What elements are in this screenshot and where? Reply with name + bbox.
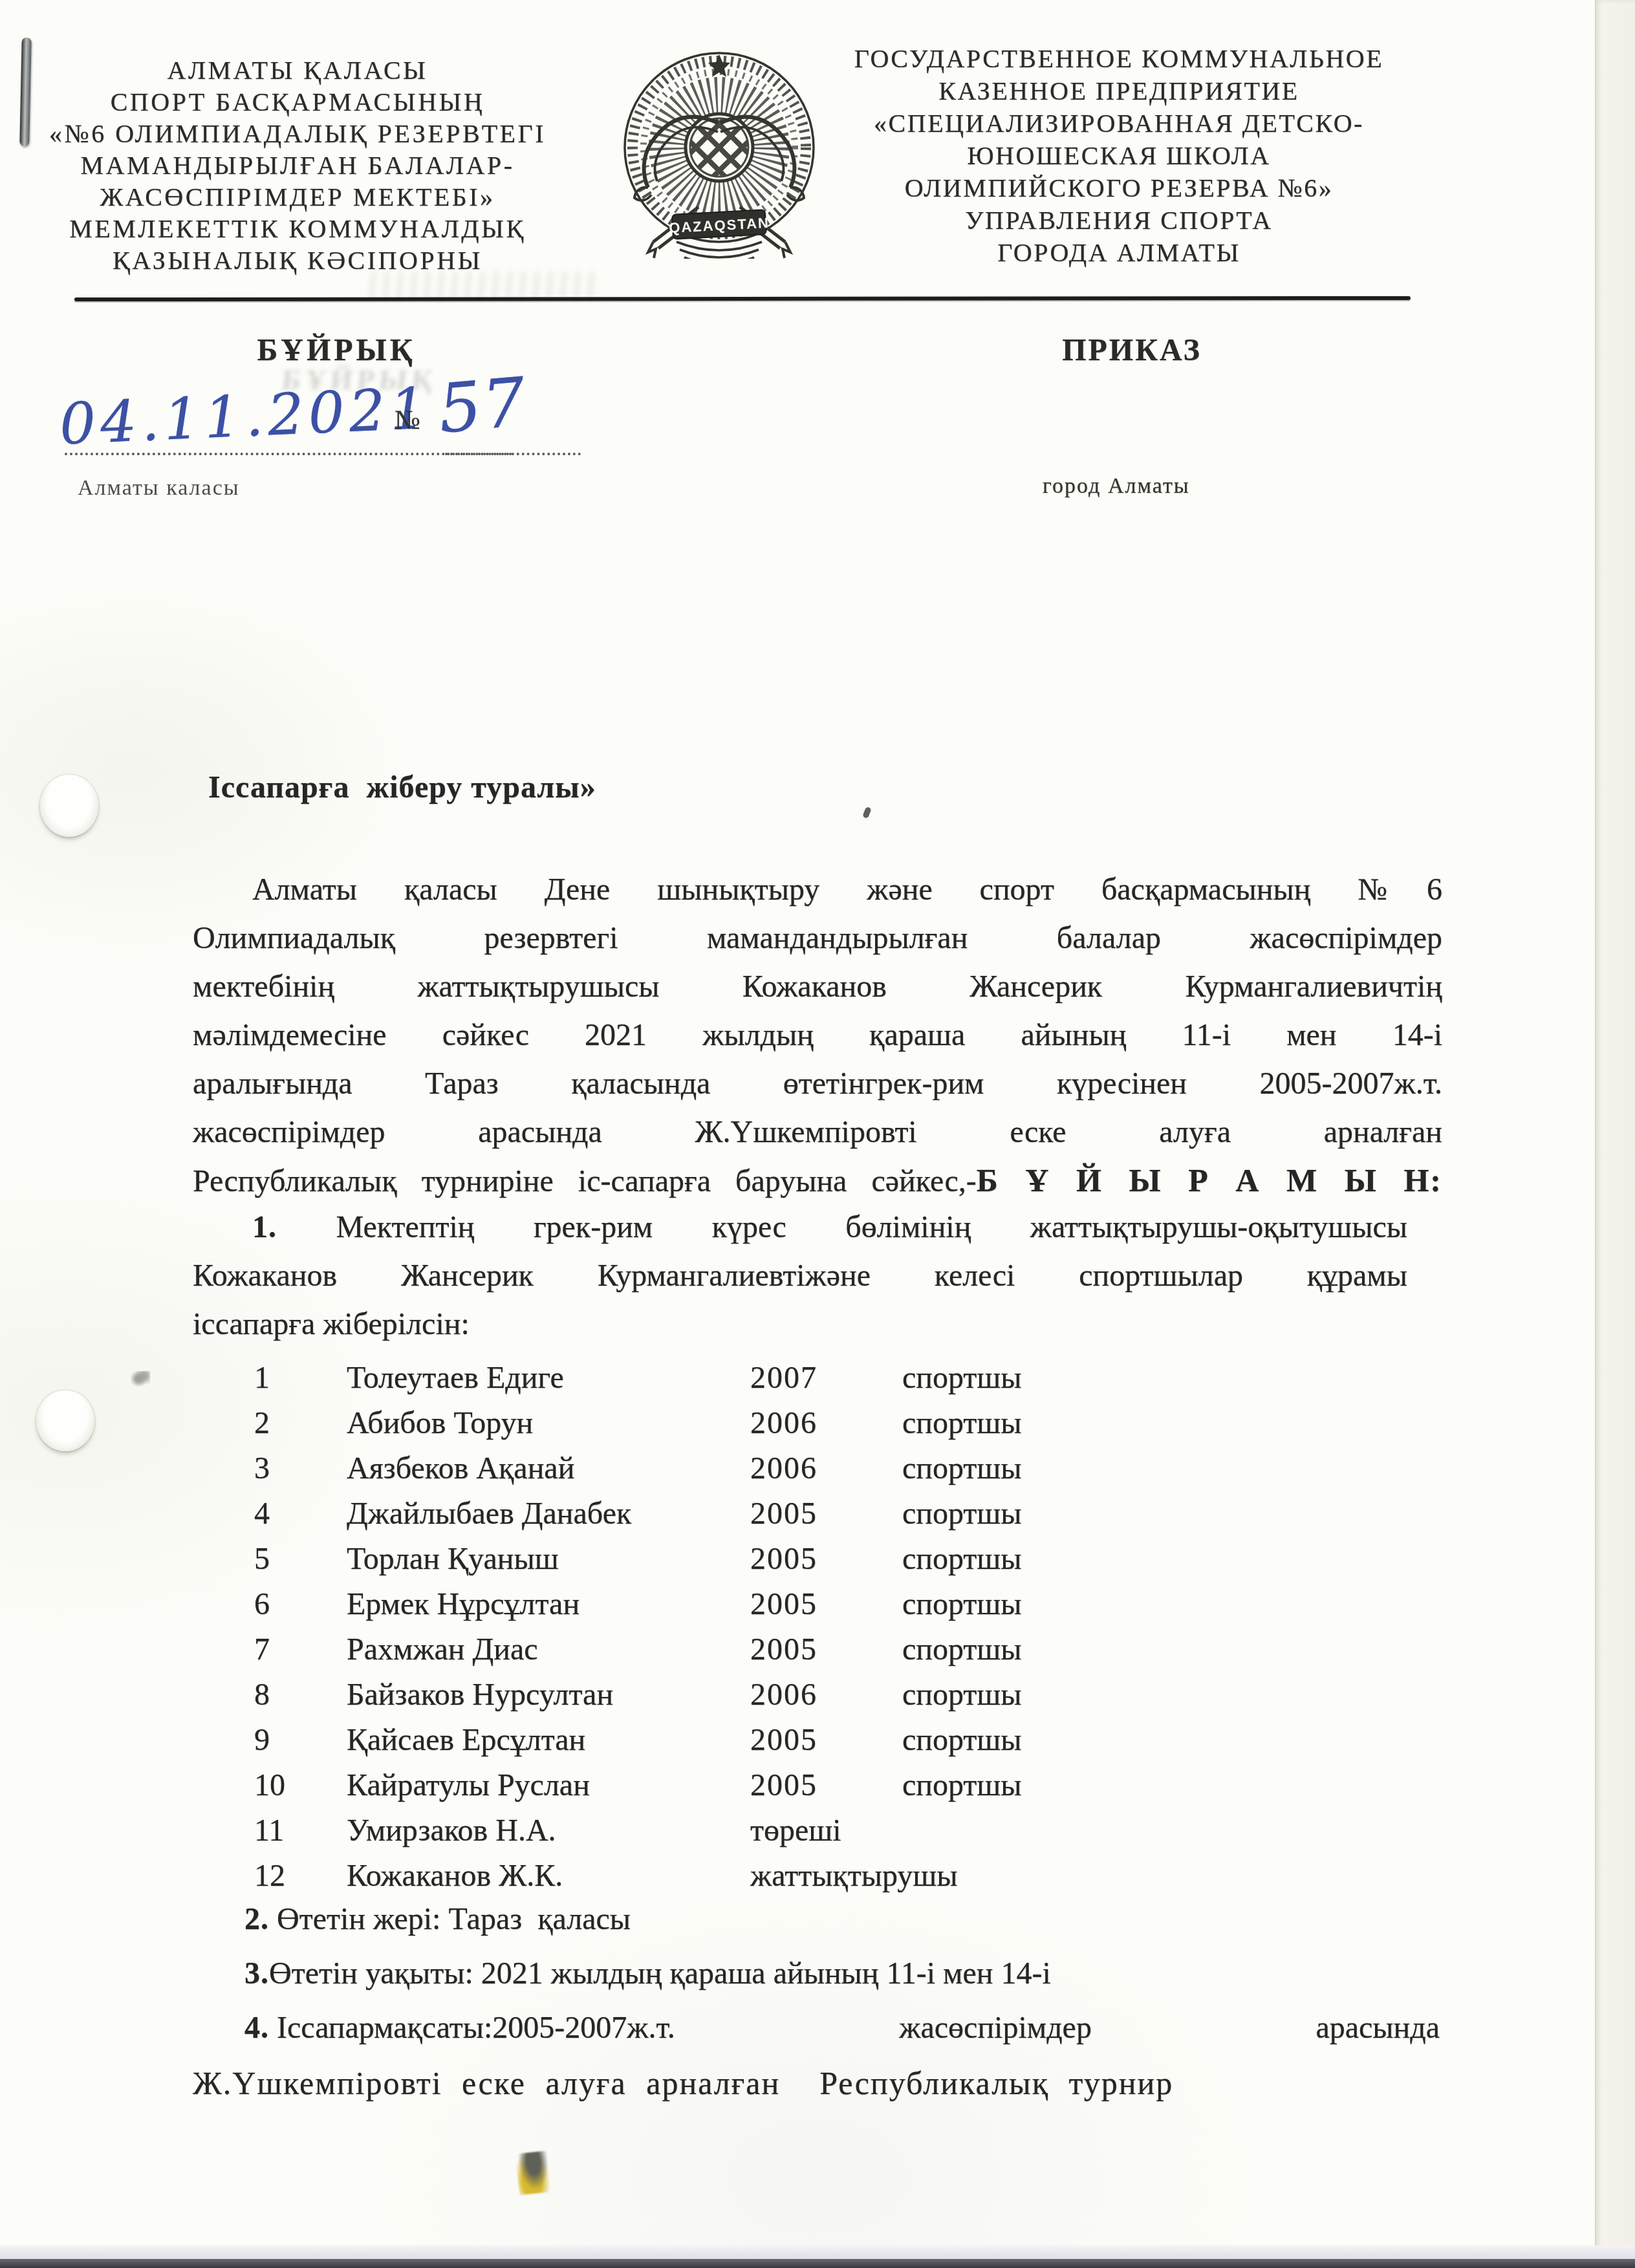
order-item-1: 1. Мектептің грек-рим күрес бөлімінің жа… [193, 1203, 1407, 1348]
roster-number: 2 [254, 1401, 270, 1446]
roster-row: 9Қайсаев Ерсұлтан2005спортшы [249, 1718, 1219, 1763]
scan-bottom-edge [0, 2259, 1635, 2268]
place-kazakh: Алматы каласы [78, 476, 240, 501]
letterhead-line: «№6 ОЛИМПИАДАЛЫҚ РЕЗЕРВТЕГІ [38, 118, 558, 149]
item3-text: Өтетін уақыты: 2021 жылдың қараша айының… [269, 1956, 1051, 1991]
order-body-paragraph: Алматы қаласы Дене шынықтыру және спорт … [193, 865, 1442, 1205]
letterhead-line: ҚАЗЫНАЛЫҚ КӘСІПОРНЫ [38, 244, 558, 276]
scanned-document-page: АЛМАТЫ ҚАЛАСЫ СПОРТ БАСҚАРМАСЫНЫҢ «№6 ОЛ… [0, 0, 1635, 2268]
roster-role: жаттықтырушы [750, 1853, 958, 1899]
roster-number: 9 [254, 1718, 270, 1763]
ink-dot [862, 806, 872, 819]
item4-number: 4. [244, 2011, 269, 2045]
roster-role: спортшы [902, 1537, 1022, 1582]
number-underline [445, 453, 581, 455]
hole-punch-top [40, 775, 98, 837]
roster-name: Ермек Нұрсұлтан [347, 1582, 579, 1627]
roster-row: 8Байзаков Нурсултан2006спортшы [249, 1672, 1219, 1718]
item4-text: Іссапармақсаты:2005-2007ж.т. [269, 2011, 675, 2045]
roster-number: 5 [254, 1537, 270, 1582]
kazakhstan-emblem-icon: QAZAQSTAN [614, 36, 824, 259]
roster-role: спортшы [902, 1355, 1022, 1401]
roster-name: Абибов Торун [347, 1401, 533, 1446]
item2-number: 2. [244, 1902, 269, 1936]
roster-role: спортшы [902, 1763, 1022, 1808]
item4-word: арасында [1316, 2010, 1440, 2046]
roster-role: спортшы [902, 1582, 1022, 1627]
item4-word: жасөспірімдер [899, 2010, 1092, 2046]
roster-role: спортшы [902, 1672, 1022, 1718]
roster-row: 2Абибов Торун2006спортшы [249, 1401, 1219, 1446]
roster-number: 12 [254, 1853, 285, 1899]
letterhead-line: ОЛИМПИЙСКОГО РЕЗЕРВА №6» [794, 172, 1444, 204]
roster-number: 10 [254, 1763, 285, 1808]
roster-number: 6 [254, 1582, 270, 1627]
roster-row: 11Умирзаков Н.А.төреші [249, 1808, 1219, 1853]
roster-row: 6Ермек Нұрсұлтан2005спортшы [249, 1582, 1219, 1627]
roster-year: 2005 [750, 1582, 817, 1627]
letterhead-russian: ГОСУДАРСТВЕННОЕ КОММУНАЛЬНОЕ КАЗЕННОЕ ПР… [794, 43, 1444, 269]
roster-name: Аязбеков Ақанай [347, 1446, 574, 1491]
roster-year: 2006 [750, 1401, 817, 1446]
roster-row: 1Толеутаев Едиге2007спортшы [249, 1355, 1219, 1401]
letterhead-line: АЛМАТЫ ҚАЛАСЫ [38, 54, 558, 86]
item1-line: 1. Мектептің грек-рим күрес бөлімінің жа… [193, 1203, 1407, 1251]
item1-text: Мектептің грек-рим күрес бөлімінің жатты… [336, 1210, 1407, 1244]
athlete-roster: 1Толеутаев Едиге2007спортшы 2Абибов Тору… [249, 1355, 1219, 1899]
item2-text: Өтетін жері: Тараз қаласы [269, 1902, 631, 1936]
roster-year: 2007 [750, 1355, 817, 1401]
order-item-4-continuation: Ж.Үшкемпіровті еске алуға арналған Респу… [193, 2064, 1173, 2102]
item1-line: Кожаканов Жансерик Курмангалиевтіжәне ке… [193, 1251, 1407, 1300]
roster-number: 8 [254, 1672, 270, 1718]
order-title-russian: ПРИКАЗ [1028, 332, 1235, 368]
roster-role: спортшы [902, 1627, 1022, 1672]
decree-word: Б Ұ Й Ы Р А М Ы Н: [977, 1162, 1442, 1198]
order-item-4: 4. Іссапармақсаты:2005-2007ж.т. жасөспір… [244, 2010, 1440, 2046]
order-item-3: 3.Өтетін уақыты: 2021 жылдың қараша айын… [244, 1956, 1051, 1991]
roster-row: 4Джайлыбаев Данабек2005спортшы [249, 1491, 1219, 1537]
letterhead-line: «СПЕЦИАЛИЗИРОВАННАЯ ДЕТСКО- [794, 107, 1444, 140]
hole-punch-bottom [36, 1390, 94, 1451]
roster-role: спортшы [902, 1718, 1022, 1763]
letterhead-line: УПРАВЛЕНИЯ СПОРТА [794, 204, 1444, 237]
roster-name: Рахмжан Диас [347, 1627, 538, 1672]
handwritten-date: 04.11.2021 [58, 375, 432, 458]
roster-name: Джайлыбаев Данабек [347, 1491, 631, 1537]
roster-year: 2005 [750, 1491, 817, 1537]
handwritten-order-number: 57 [435, 362, 530, 448]
place-russian: город Алматы [1043, 474, 1190, 499]
roster-year: 2005 [750, 1763, 817, 1808]
scan-right-edge [1595, 0, 1635, 2268]
roster-row: 5Торлан Қуаныш2005спортшы [249, 1537, 1219, 1582]
ink-speck [131, 1371, 150, 1387]
letterhead-line: МЕМЛЕКЕТТІК КОММУНАЛДЫҚ [38, 213, 558, 244]
roster-name: Кожаканов Ж.К. [347, 1853, 563, 1899]
body-line: Алматы қаласы Дене шынықтыру және спорт … [193, 865, 1442, 914]
body-line: жасөспірімдер арасында Ж.Үшкемпіровті ес… [193, 1108, 1442, 1156]
roster-row: 7Рахмжан Диас2005спортшы [249, 1627, 1219, 1672]
roster-name: Торлан Қуаныш [347, 1537, 559, 1582]
yellow-smudge [515, 2151, 550, 2196]
roster-year: 2005 [750, 1627, 817, 1672]
roster-row: 10Кайратулы Руслан2005спортшы [249, 1763, 1219, 1808]
body-line: мәлімдемесіне сәйкес 2021 жылдың қараша … [193, 1011, 1442, 1059]
roster-year: 2005 [750, 1718, 817, 1763]
roster-number: 4 [254, 1491, 270, 1537]
number-sign: № [395, 405, 420, 436]
letterhead-line: СПОРТ БАСҚАРМАСЫНЫҢ [38, 86, 558, 118]
item4-purpose: 4. Іссапармақсаты:2005-2007ж.т. [244, 2010, 675, 2046]
order-item-2: 2. Өтетін жері: Тараз қаласы [244, 1901, 631, 1937]
roster-role: спортшы [902, 1446, 1022, 1491]
item1-number: 1. [252, 1210, 277, 1244]
roster-role: төреші [750, 1808, 841, 1853]
decree-lead: Республикалық турниріне іс-сапарға баруы… [193, 1164, 977, 1198]
roster-name: Кайратулы Руслан [347, 1763, 590, 1808]
letterhead-kazakh: АЛМАТЫ ҚАЛАСЫ СПОРТ БАСҚАРМАСЫНЫҢ «№6 ОЛ… [38, 54, 558, 276]
roster-number: 11 [254, 1808, 284, 1853]
body-line-decree: Республикалық турниріне іс-сапарға баруы… [193, 1156, 1442, 1205]
roster-row: 3Аязбеков Ақанай2006спортшы [249, 1446, 1219, 1491]
roster-name: Байзаков Нурсултан [347, 1672, 613, 1718]
roster-number: 3 [254, 1446, 270, 1491]
roster-number: 7 [254, 1627, 270, 1672]
header-divider [74, 296, 1411, 301]
roster-name: Толеутаев Едиге [347, 1355, 564, 1401]
body-line: аралығында Тараз қаласында өтетінгрек-ри… [193, 1059, 1442, 1108]
letterhead-line: ЖАСӨСПІРІМДЕР МЕКТЕБІ» [38, 181, 558, 213]
roster-name: Қайсаев Ерсұлтан [347, 1718, 585, 1763]
body-line: мектебінің жаттықтырушысы Кожаканов Жанс… [193, 962, 1442, 1011]
item3-number: 3. [244, 1956, 269, 1991]
letterhead-line: КАЗЕННОЕ ПРЕДПРИЯТИЕ [794, 75, 1444, 107]
letterhead-line: МАМАНДЫРЫЛҒАН БАЛАЛАР- [38, 149, 558, 181]
subject-heading: Іссапарға жіберу туралы» [208, 770, 596, 805]
item1-line: іссапарға жіберілсін: [193, 1300, 1407, 1348]
letterhead-line: ГОРОДА АЛМАТЫ [794, 237, 1444, 269]
roster-year: 2005 [750, 1537, 817, 1582]
staple-mark [19, 38, 32, 146]
body-line: Олимпиадалық резервтегі мамандандырылған… [193, 914, 1442, 962]
roster-role: спортшы [902, 1491, 1022, 1537]
roster-number: 1 [254, 1355, 270, 1401]
letterhead-line: ГОСУДАРСТВЕННОЕ КОММУНАЛЬНОЕ [794, 43, 1444, 75]
order-title-kazakh: БҰЙРЫҚ [233, 332, 440, 368]
roster-year: 2006 [750, 1672, 817, 1718]
roster-name: Умирзаков Н.А. [347, 1808, 556, 1853]
letterhead-line: ЮНОШЕСКАЯ ШКОЛА [794, 140, 1444, 172]
roster-role: спортшы [902, 1401, 1022, 1446]
roster-year: 2006 [750, 1446, 817, 1491]
roster-row: 12Кожаканов Ж.К.жаттықтырушы [249, 1853, 1219, 1899]
